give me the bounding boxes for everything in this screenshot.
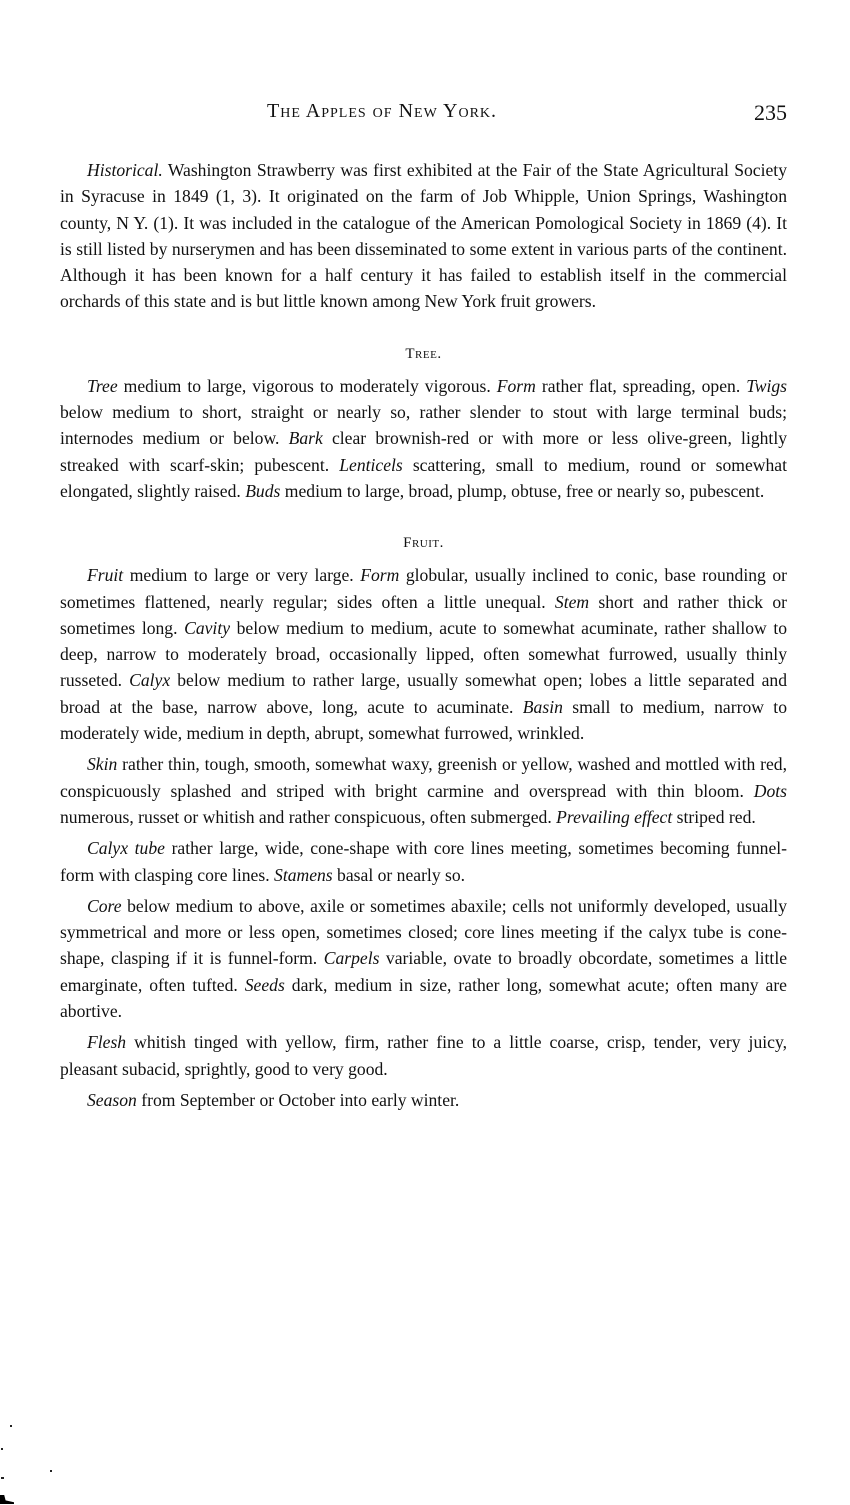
term-fruit: Fruit: [87, 565, 123, 585]
term-carpels: Carpels: [324, 948, 380, 968]
season-paragraph: Season from September or October into ea…: [60, 1087, 787, 1113]
scan-speck: [50, 1470, 52, 1472]
term-prevailing-effect: Prevailing effect: [556, 807, 672, 827]
scan-speck: [1, 1477, 4, 1479]
tree-text: medium to large, vigorous to moderately …: [118, 376, 497, 396]
term-bark: Bark: [289, 428, 323, 448]
term-basin: Basin: [523, 697, 563, 717]
scan-speck: [10, 1425, 12, 1427]
term-calyx: Calyx: [129, 670, 170, 690]
term-stamens: Stamens: [274, 865, 333, 885]
term-skin: Skin: [87, 754, 117, 774]
term-season: Season: [87, 1090, 137, 1110]
dots-text: numerous, russet or whitish and rather c…: [60, 807, 556, 827]
running-title: The Apples of New York.: [267, 100, 497, 123]
term-core: Core: [87, 896, 122, 916]
term-buds: Buds: [245, 481, 280, 501]
historical-text: Washington Strawberry was first exhibite…: [60, 160, 787, 311]
term-dots: Dots: [754, 781, 787, 801]
flesh-paragraph: Flesh whitish tinged with yellow, firm, …: [60, 1029, 787, 1082]
term-flesh: Flesh: [87, 1032, 126, 1052]
running-head: The Apples of New York. 235: [60, 100, 787, 130]
term-tree: Tree: [87, 376, 118, 396]
tree-paragraph: Tree medium to large, vigorous to modera…: [60, 373, 787, 504]
form-text: rather flat, spreading, open.: [536, 376, 746, 396]
scan-artifact-mark: [0, 1495, 14, 1504]
term-form: Form: [360, 565, 399, 585]
flesh-text: whitish tinged with yellow, firm, rather…: [60, 1032, 787, 1078]
term-stem: Stem: [555, 592, 589, 612]
skin-paragraph: Skin rather thin, tough, smooth, somewha…: [60, 751, 787, 830]
term-form: Form: [497, 376, 536, 396]
historical-paragraph: Historical. Washington Strawberry was fi…: [60, 157, 787, 315]
term-calyx-tube: Calyx tube: [87, 838, 165, 858]
term-seeds: Seeds: [245, 975, 285, 995]
term-twigs: Twigs: [746, 376, 787, 396]
section-heading-tree: Tree.: [60, 341, 787, 367]
season-text: from September or October into early win…: [137, 1090, 459, 1110]
section-heading-fruit: Fruit.: [60, 530, 787, 556]
buds-text: medium to large, broad, plump, obtuse, f…: [280, 481, 764, 501]
stamens-text: basal or nearly so.: [333, 865, 465, 885]
scan-speck: [1, 1448, 3, 1450]
term-lenticels: Lenticels: [339, 455, 403, 475]
skin-text: rather thin, tough, smooth, somewhat wax…: [60, 754, 787, 800]
calyx-tube-paragraph: Calyx tube rather large, wide, cone-shap…: [60, 835, 787, 888]
fruit-paragraph: Fruit medium to large or very large. For…: [60, 562, 787, 746]
body-text: Historical. Washington Strawberry was fi…: [60, 157, 787, 1113]
term-historical: Historical.: [87, 160, 163, 180]
fruit-text: medium to large or very large.: [123, 565, 360, 585]
prevailing-effect-text: striped red.: [672, 807, 756, 827]
page-number: 235: [754, 100, 787, 126]
core-paragraph: Core below medium to above, axile or som…: [60, 893, 787, 1024]
term-cavity: Cavity: [184, 618, 230, 638]
